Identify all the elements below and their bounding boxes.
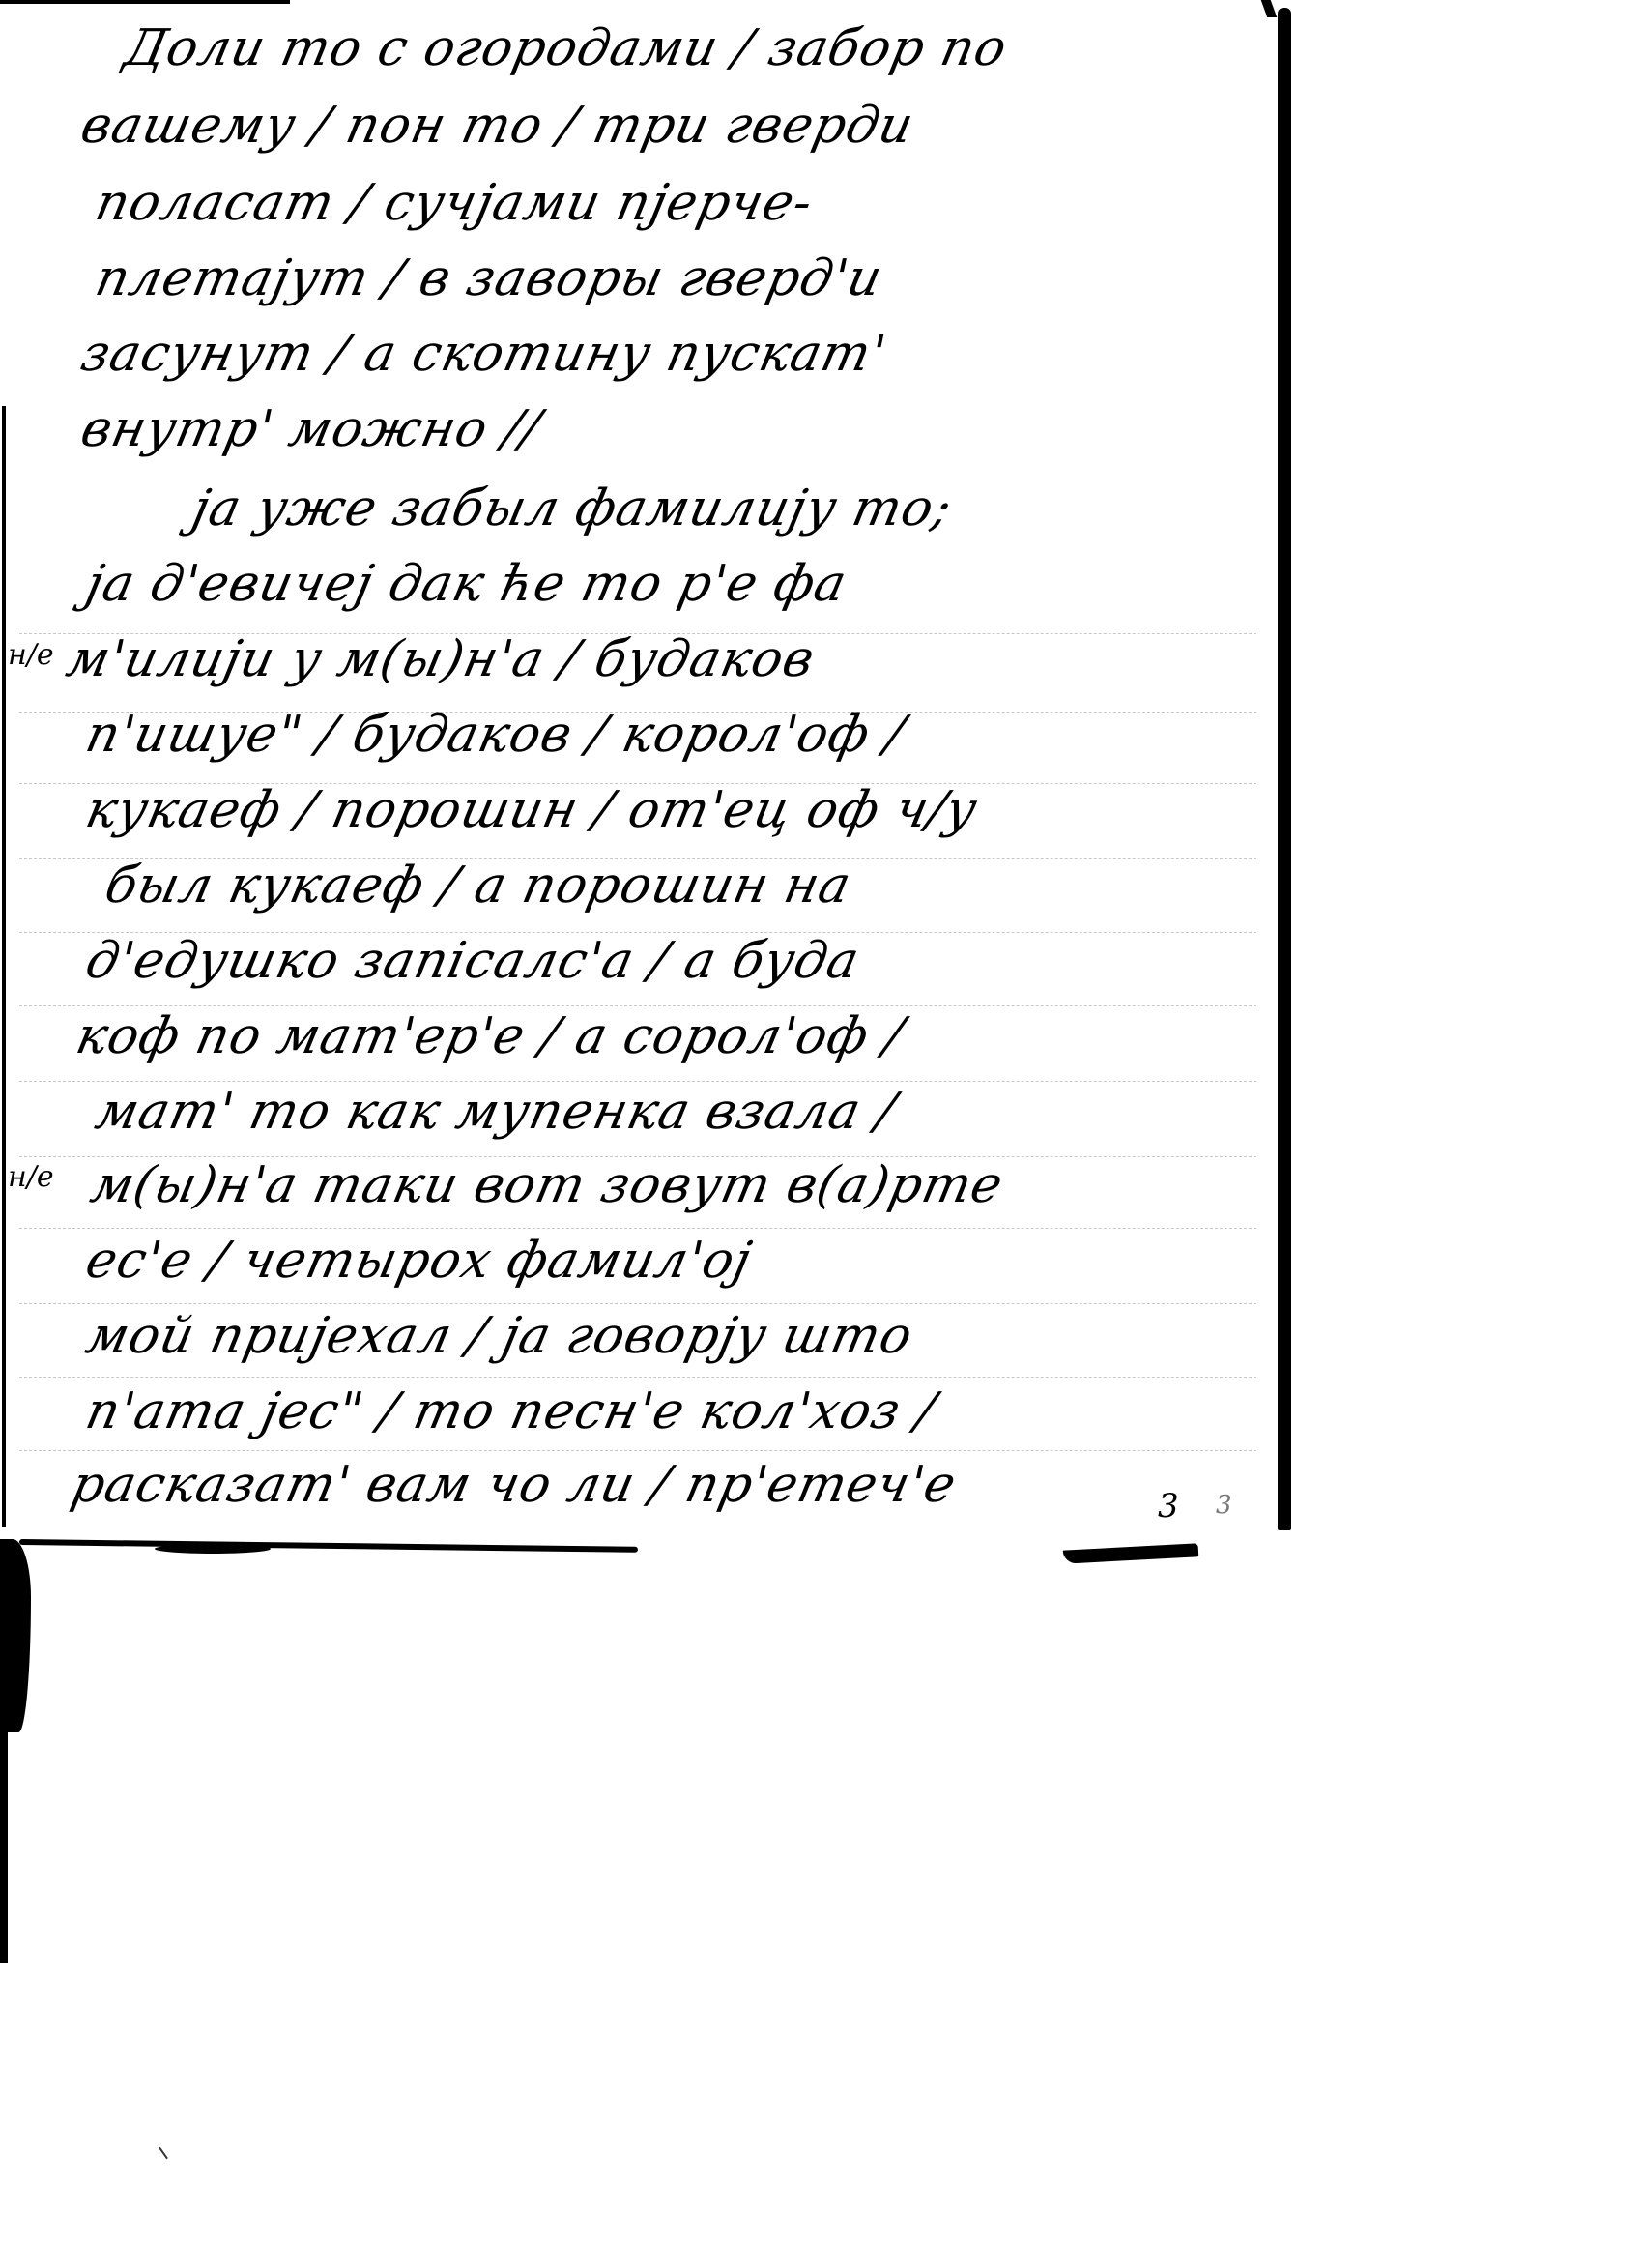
top-page-edge [0,0,290,4]
bottom-page-edge [19,1539,638,1553]
page-number: 3 [1158,1487,1179,1526]
bottom-page-edge-right [1063,1543,1199,1563]
handwritten-line: п'ата јес" / то песн'е кол'хоз / [81,1386,939,1437]
ruled-line [19,1450,1256,1451]
ruled-line [19,1377,1256,1378]
handwritten-line: п'ишуе" / будаков / корол'оф / [81,710,909,760]
handwritten-line: д'едушко запісалс'а / а буда [81,936,863,986]
handwritten-line: мой приjехал / ја говорју што [81,1311,916,1361]
right-page-edge [1278,8,1291,1530]
ruled-line [19,1303,1256,1304]
ruled-line [19,1005,1256,1006]
handwritten-line: Доли то с огородами / забор по [120,23,1011,73]
ruled-line [19,1081,1256,1082]
margin-note: н/е [8,638,54,672]
handwritten-line: поласат / сучјами пјерче- [91,178,817,228]
scan-shadow-blob [0,1539,31,1732]
handwritten-line: кукаеф / порошин / от'ец оф ч/у [81,785,981,835]
handwritten-line: м(ы)н'а таки вот зовут в(а)рте [86,1160,1007,1210]
handwritten-line: мат' то как мупенка взала / [91,1087,900,1137]
handwritten-line: был кукаеф / а порошин на [101,860,855,911]
handwritten-line: засунут / а скотину пускат' [76,329,890,379]
stray-mark [159,2147,168,2160]
handwritten-line: ја д'евичеј дак ће то р'е фа [81,559,850,609]
handwritten-line: ја уже забыл фамилију то; [187,483,956,534]
margin-note: н/е [8,1160,54,1194]
handwritten-line: расказат' вам чо ли / пр'етеч'е [67,1460,961,1510]
bottom-page-edge-thick [155,1544,271,1554]
handwritten-line: м'илији у м(ы)н'а / будаков [62,634,819,684]
handwritten-line: внутр' можно // [76,404,545,454]
right-page-edge-tip [1261,0,1278,17]
scanned-page: Доли то с огородами / забор по вашему / … [0,0,1643,2268]
left-page-edge [2,406,6,1527]
ruled-line [19,1228,1256,1229]
page-number-ghost: 3 [1216,1491,1232,1520]
handwritten-line: плетајут / в заворы гверд'и [91,253,886,304]
handwritten-line: коф по мат'ер'е / а сорол'оф / [72,1011,908,1061]
handwritten-line: ес'е / четырох фамил'ој [81,1236,756,1286]
handwritten-line: вашему / пон то / три гверди [76,101,918,151]
